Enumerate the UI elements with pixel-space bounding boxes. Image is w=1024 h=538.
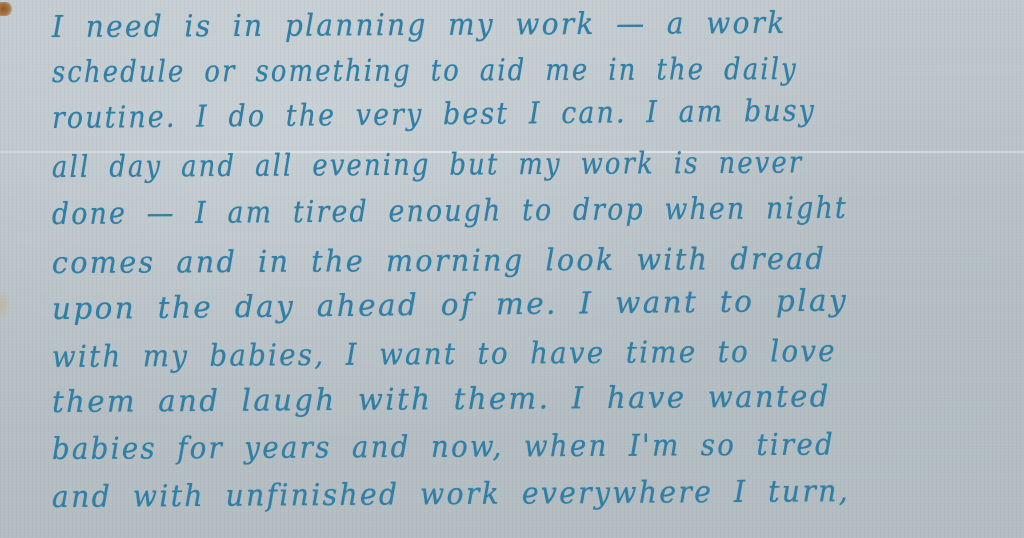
text-line-10: babies for years and now, when I'm so ti…	[52, 428, 835, 467]
ink-stain-mark	[0, 2, 12, 16]
text-line-4: all day and all evening but my work is n…	[52, 145, 804, 185]
text-line-9: them and laugh with them. I have wanted	[52, 379, 831, 420]
text-line-11: and with unfinished work everywhere I tu…	[52, 474, 850, 515]
text-line-7: upon the day ahead of me. I want to play	[52, 283, 848, 327]
text-line-2: schedule or something to aid me in the d…	[52, 52, 798, 90]
letter-page: I need is in planning my work — a work s…	[0, 0, 1024, 538]
text-line-8: with my babies, I want to have time to l…	[52, 334, 837, 375]
text-line-5: done — I am tired enough to drop when ni…	[52, 191, 848, 232]
text-line-6: comes and in the morning look with dread	[52, 242, 826, 281]
text-line-1: I need is in planning my work — a work	[52, 6, 787, 45]
paper-discoloration	[0, 290, 10, 320]
text-line-3: routine. I do the very best I can. I am …	[52, 94, 816, 136]
